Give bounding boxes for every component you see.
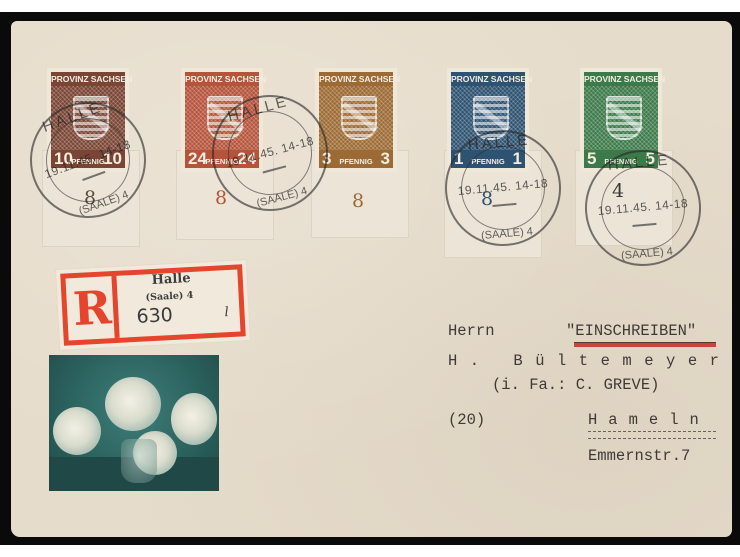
city-double-underline	[588, 431, 716, 439]
address-city: Hameln	[588, 411, 710, 429]
stamp-country: PROVINZ SACHSEN	[584, 72, 658, 86]
rose-icon	[105, 377, 161, 431]
saxony-coat-of-arms-icon	[606, 96, 642, 140]
stamp-country: PROVINZ SACHSEN	[185, 72, 259, 86]
registration-number: 630	[136, 304, 173, 328]
stamp-value-right: 3	[381, 150, 390, 168]
address-salutation: Herrn	[448, 322, 495, 340]
registration-r-box: R	[65, 276, 119, 341]
registration-city: Halle	[151, 271, 191, 288]
red-underline	[574, 342, 716, 347]
vase-icon	[121, 439, 157, 483]
rose-icon	[171, 393, 217, 445]
stamp-country: PROVINZ SACHSEN	[451, 72, 525, 86]
roses-photo	[49, 355, 219, 491]
stamp-country: PROVINZ SACHSEN	[51, 72, 125, 86]
registration-label: R Halle (Saale) 4 630 l	[55, 259, 251, 351]
postmark: HALLE 19.11.45. 14-18 (SAALE) 4	[580, 145, 706, 271]
stamp-background-pattern	[319, 86, 393, 150]
address-service-note: "EINSCHREIBEN"	[566, 322, 696, 340]
saxony-coat-of-arms-icon	[341, 96, 377, 140]
stamp-value-bar: 3 PFENNIG 3	[319, 150, 393, 168]
address-postal-zone: (20)	[448, 411, 485, 429]
address-company: (i. Fa.: C. GREVE)	[492, 376, 659, 394]
registration-letter: R	[72, 280, 113, 336]
rose-icon	[53, 407, 101, 455]
stamp-country: PROVINZ SACHSEN	[319, 72, 393, 86]
sheet-number: 8	[352, 190, 364, 212]
address-name: H. Bültemeyer	[448, 352, 731, 370]
registration-handwritten-mark: l	[224, 305, 229, 320]
stamp-background-pattern	[584, 86, 658, 150]
stamp-design: PROVINZ SACHSEN 3 PFENNIG 3	[319, 72, 393, 168]
address-street: Emmernstr.7	[588, 447, 690, 465]
postmark: HALLE 19.11.45. 14-18 (SAALE) 4	[440, 125, 566, 251]
